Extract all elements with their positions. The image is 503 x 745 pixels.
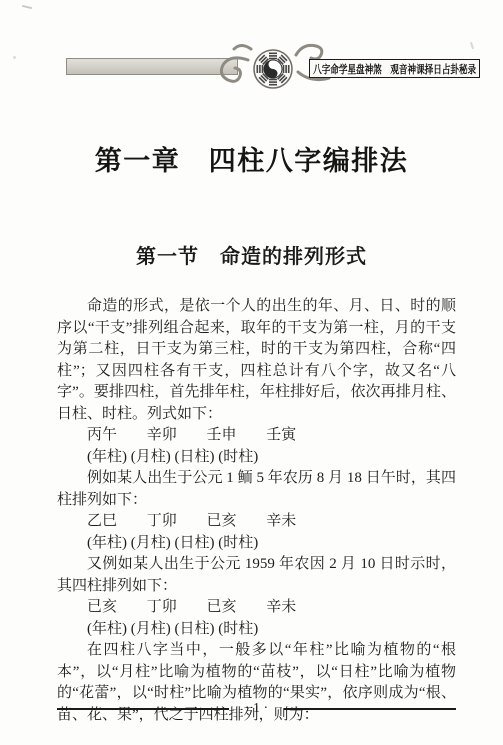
pillar-labels-3: (年柱) (月柱) (日柱) (时柱) (57, 619, 456, 641)
pillar-day: 壬申 (207, 425, 237, 447)
pillar-labels-2: (年柱) (月柱) (日柱) (时柱) (57, 533, 456, 555)
page-number: · 1 · (229, 701, 284, 717)
page-footer: · 1 · (57, 700, 456, 718)
scan-artifact (13, 56, 16, 59)
pillar-row-2: 乙巳 丁卯 已亥 辛未 (57, 511, 456, 533)
body-text: 命造的形式，是依一个人的出生的年、月、日、时的顺序以“干支”排列组合起来，取年的… (57, 296, 456, 726)
scan-artifact (22, 5, 32, 9)
footer-rule-right (284, 708, 456, 710)
pillar-year: 丙午 (87, 425, 117, 447)
footer-rule-left (57, 708, 229, 710)
pillar-hour: 辛未 (266, 511, 296, 533)
pillar-hour: 辛未 (266, 597, 296, 619)
pillar-day: 已亥 (207, 511, 237, 533)
pillar-day: 已亥 (207, 597, 237, 619)
pillar-month: 丁卯 (147, 511, 177, 533)
paragraph-intro: 命造的形式，是依一个人的出生的年、月、日、时的顺序以“干支”排列组合起来，取年的… (57, 296, 456, 425)
pillar-labels-1: (年柱) (月柱) (日柱) (时柱) (57, 447, 456, 469)
paragraph-example-2: 又例如某人出生于公元 1959 年农因 2 月 10 日时示时，其四柱排列如下： (57, 554, 456, 597)
pillar-row-3: 已亥 丁卯 已亥 辛未 (57, 597, 456, 619)
pillar-row-1: 丙午 辛卯 壬申 壬寅 (57, 425, 456, 447)
pillar-hour: 壬寅 (266, 425, 296, 447)
paragraph-example-1: 例如某人出生于公元 1 鲕 5 年农历 8 月 18 日午时，其四柱排列如下： (57, 468, 456, 511)
chapter-title: 第一章 四柱八字编排法 (0, 147, 503, 177)
scan-artifact (470, 42, 474, 49)
running-head-text: 八字命学星盘神煞 观音神课择日占卦秘录 (310, 61, 476, 77)
section-title: 第一节 命造的排列形式 (0, 240, 503, 269)
pillar-year: 已亥 (87, 597, 117, 619)
pillar-month: 辛卯 (147, 425, 177, 447)
pillar-month: 丁卯 (147, 597, 177, 619)
pillar-year: 乙巳 (87, 511, 117, 533)
book-page: 八字命学星盘神煞 观音神课择日占卦秘录 第一章 四柱八字编排法 第一节 命造的排… (0, 0, 503, 745)
running-head-box: 八字命学星盘神煞 观音神课择日占卦秘录 (309, 59, 480, 78)
